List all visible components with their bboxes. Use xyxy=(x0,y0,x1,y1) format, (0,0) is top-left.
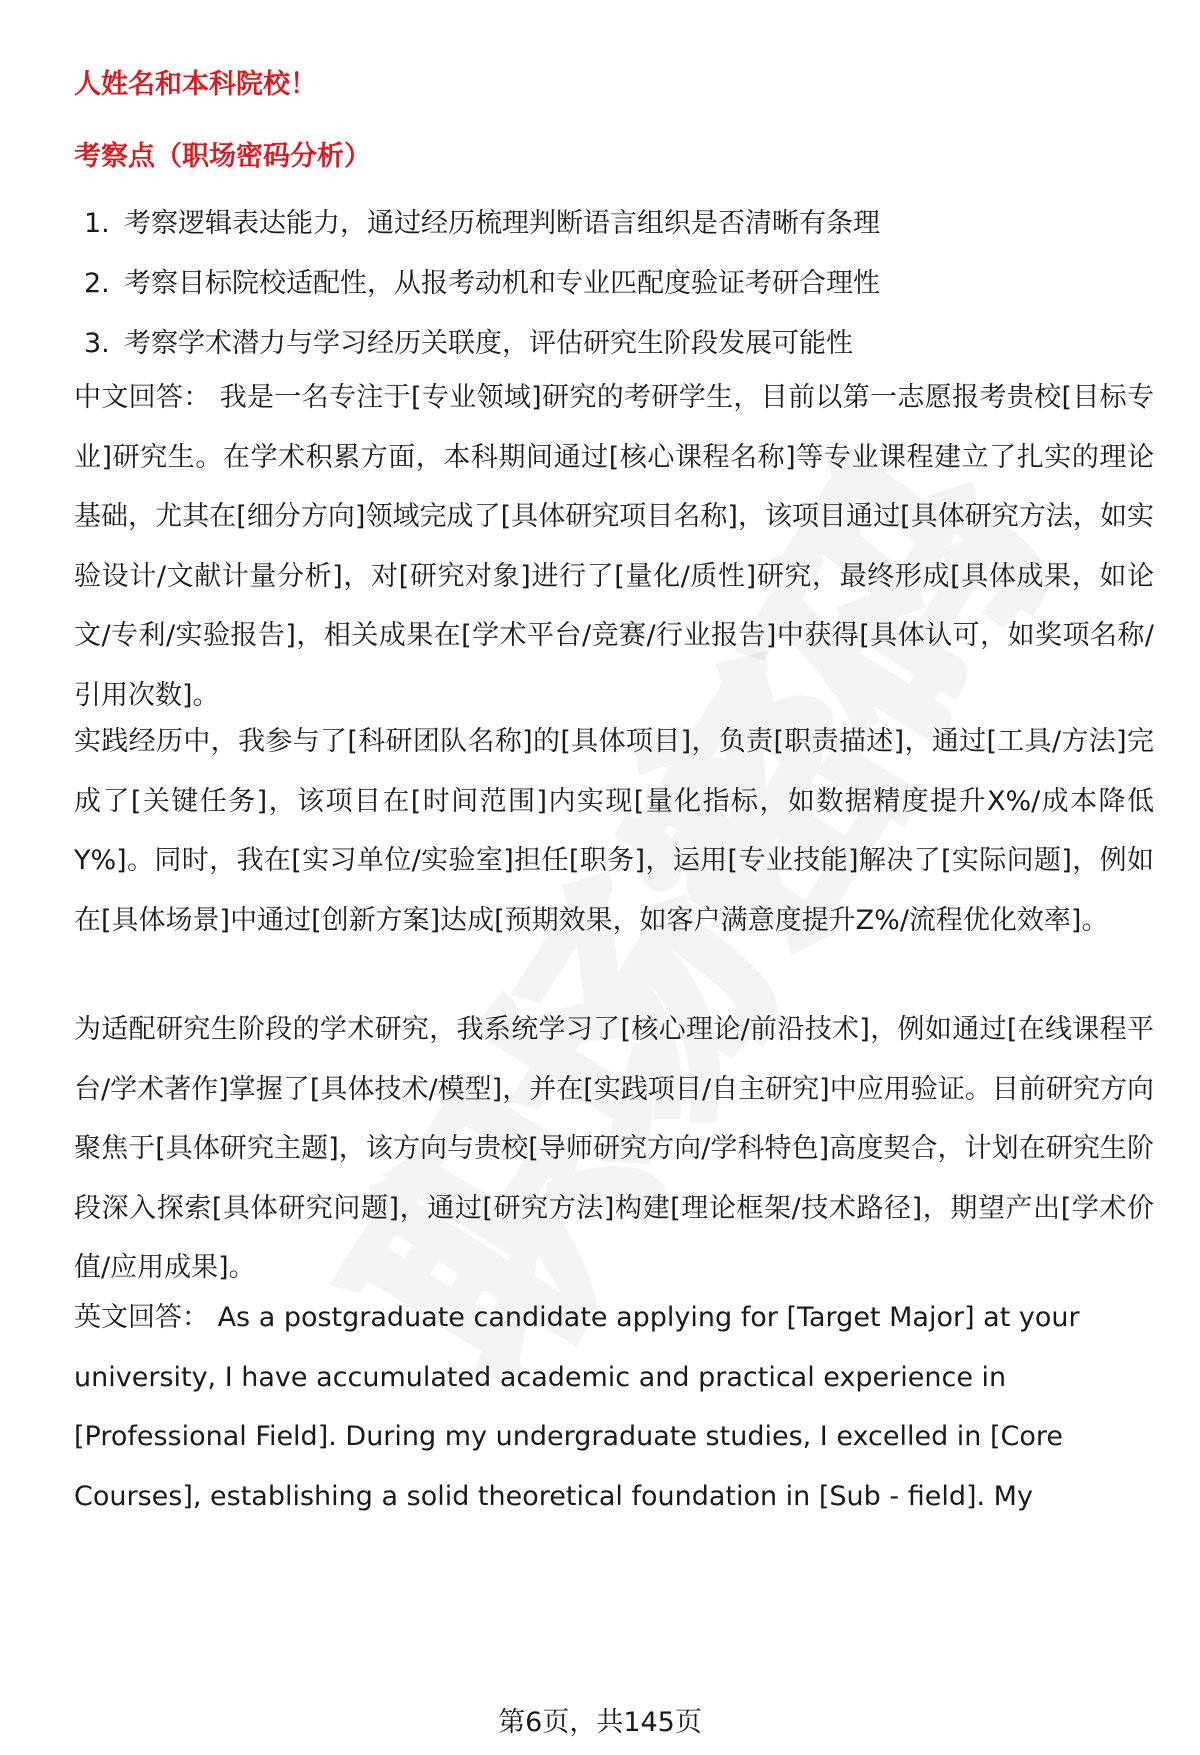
research-fit-paragraph: 为适配研究生阶段的学术研究，我系统学习了[核心理论/前沿技术]，例如通过[在线课… xyxy=(74,1000,1154,1298)
list-number: 1. xyxy=(84,208,124,240)
list-number: 3. xyxy=(84,328,124,360)
list-text: 考察学术潜力与学习经历关联度，评估研究生阶段发展可能性 xyxy=(124,328,853,359)
page-indicator: 第6页，共145页 xyxy=(0,1700,1200,1739)
english-answer-paragraph: 英文回答： As a postgraduate candidate applyi… xyxy=(74,1288,1149,1526)
document-page: 职场密码 人姓名和本科院校！ 考察点（职场密码分析） 1.考察逻辑表达能力，通过… xyxy=(0,0,1200,1755)
assessment-point: 2.考察目标院校适配性，从报考动机和专业匹配度验证考研合理性 xyxy=(84,268,880,328)
chinese-answer-paragraph: 中文回答： 我是一名专注于[专业领域]研究的考研学生，目前以第一志愿报考贵校[目… xyxy=(74,368,1154,725)
list-text: 考察逻辑表达能力，通过经历梳理判断语言组织是否清晰有条理 xyxy=(124,208,880,239)
intro-heading-tail: 人姓名和本科院校！ xyxy=(74,62,317,101)
assessment-title: 考察点（职场密码分析） xyxy=(74,134,371,173)
list-number: 2. xyxy=(84,268,124,300)
assessment-point: 1.考察逻辑表达能力，通过经历梳理判断语言组织是否清晰有条理 xyxy=(84,208,880,268)
assessment-points-list: 1.考察逻辑表达能力，通过经历梳理判断语言组织是否清晰有条理 2.考察目标院校适… xyxy=(84,208,880,388)
list-text: 考察目标院校适配性，从报考动机和专业匹配度验证考研合理性 xyxy=(124,268,880,299)
practice-experience-paragraph: 实践经历中，我参与了[科研团队名称]的[具体项目]，负责[职责描述]，通过[工具… xyxy=(74,712,1154,950)
